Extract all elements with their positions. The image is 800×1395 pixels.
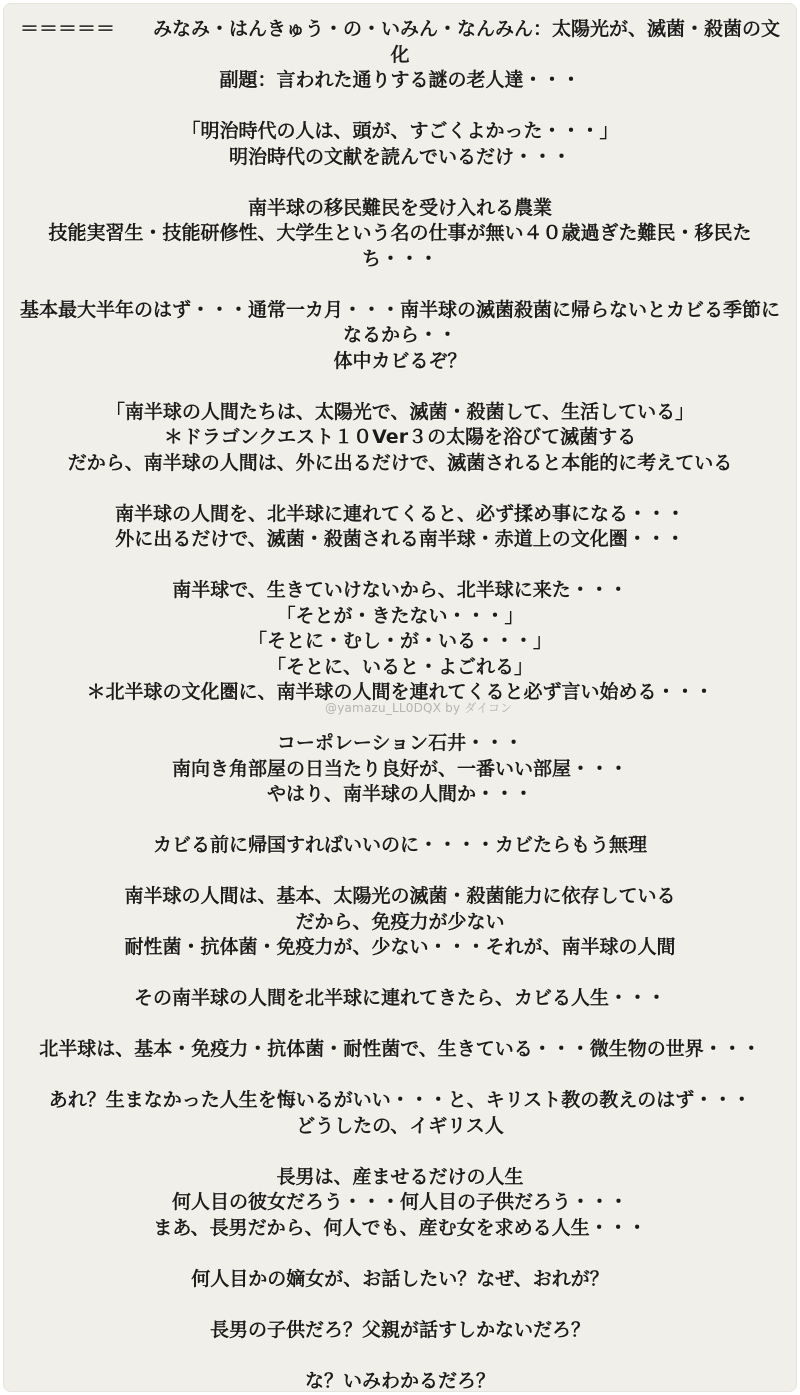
text-line: 「南半球の人間たちは、太陽光で、滅菌・殺菌して、生活している」: [4, 400, 796, 426]
text-line: まあ、長男だから、何人でも、産む女を求める人生・・・: [4, 1216, 796, 1242]
text-paragraph: 「南半球の人間たちは、太陽光で、滅菌・殺菌して、生活している」 ＊ドラゴンクエス…: [4, 400, 796, 477]
text-line: 南半球の人間を、北半球に連れてくると、必ず揉め事になる・・・: [4, 502, 796, 528]
text-line: 南半球の移民難民を受け入れる農業: [4, 196, 796, 222]
text-line: 基本最大半年のはず・・・通常一カ月・・・南半球の滅菌殺菌に帰らないとカビる季節に: [4, 298, 796, 324]
text-line: 何人目かの嫡女が、お話したい？なぜ、おれが？: [4, 1267, 796, 1293]
text-paragraph: その南半球の人間を北半球に連れてきたら、カビる人生・・・: [4, 986, 796, 1012]
text-line: あれ？生まなかった人生を悔いるがいい・・・と、キリスト教の教えのはず・・・: [4, 1088, 796, 1114]
text-line: 体中カビるぞ？: [4, 349, 796, 375]
text-paragraph: 基本最大半年のはず・・・通常一カ月・・・南半球の滅菌殺菌に帰らないとカビる季節に…: [4, 298, 796, 375]
text-line: 明治時代の文献を読んでいるだけ・・・: [4, 145, 796, 171]
text-line: 南半球の人間は、基本、太陽光の滅菌・殺菌能力に依存している: [4, 884, 796, 910]
text-line: 北半球は、基本・免疫力・抗体菌・耐性菌で、生きている・・・微生物の世界・・・: [4, 1037, 796, 1063]
text-line: なるから・・: [4, 323, 796, 349]
text-line: だから、免疫力が少ない: [4, 910, 796, 936]
text-line: 南半球で、生きていけないから、北半球に来た・・・: [4, 578, 796, 604]
text-line: 長男は、産ませるだけの人生: [4, 1165, 796, 1191]
text-paragraph: な？いみわかるだろ？: [4, 1369, 796, 1393]
text-line: どうしたの、イギリス人: [4, 1114, 796, 1140]
text-line: 南向き角部屋の日当たり良好が、一番いい部屋・・・: [4, 757, 796, 783]
text-paragraph: あれ？生まなかった人生を悔いるがいい・・・と、キリスト教の教えのはず・・・ どう…: [4, 1088, 796, 1139]
text-paragraph: ＝＝＝＝＝ みなみ・はんきゅう・の・いみん・なんみん：太陽光が、滅菌・殺菌の文 …: [4, 17, 796, 94]
text-line: その南半球の人間を北半球に連れてきたら、カビる人生・・・: [4, 986, 796, 1012]
text-line: ち・・・: [4, 247, 796, 273]
text-line: 「そとに・むし・が・いる・・・」: [4, 629, 796, 655]
text-line: 外に出るだけで、滅菌・殺菌される南半球・赤道上の文化圏・・・: [4, 527, 796, 553]
text-paragraph: 南半球の人間を、北半球に連れてくると、必ず揉め事になる・・・ 外に出るだけで、滅…: [4, 502, 796, 553]
text-paragraph: 長男の子供だろ？父親が話すしかないだろ？: [4, 1318, 796, 1344]
text-paragraph: 南半球の移民難民を受け入れる農業 技能実習生・技能研修性、大学生という名の仕事が…: [4, 196, 796, 273]
text-line: ＊ドラゴンクエスト１０Ver３の太陽を浴びて滅菌する: [4, 425, 796, 451]
text-line: 技能実習生・技能研修性、大学生という名の仕事が無い４０歳過ぎた難民・移民た: [4, 221, 796, 247]
text-paragraph: カビる前に帰国すればいいのに・・・・カビたらもう無理: [4, 833, 796, 859]
text-line: 化: [4, 43, 796, 69]
text-paragraph: 南半球で、生きていけないから、北半球に来た・・・ 「そとが・きたない・・・」 「…: [4, 578, 796, 706]
document-text: ＝＝＝＝＝ みなみ・はんきゅう・の・いみん・なんみん：太陽光が、滅菌・殺菌の文 …: [4, 4, 796, 1392]
text-line: 耐性菌・抗体菌・免疫力が、少ない・・・それが、南半球の人間: [4, 935, 796, 961]
text-line: 「そとに、いると・よごれる」: [4, 655, 796, 681]
text-paragraph: 長男は、産ませるだけの人生 何人目の彼女だろう・・・何人目の子供だろう・・・ ま…: [4, 1165, 796, 1242]
text-line: 何人目の彼女だろう・・・何人目の子供だろう・・・: [4, 1190, 796, 1216]
text-line: ＝＝＝＝＝ みなみ・はんきゅう・の・いみん・なんみん：太陽光が、滅菌・殺菌の文: [4, 17, 796, 43]
text-paragraph: コーポレーション石井・・・ 南向き角部屋の日当たり良好が、一番いい部屋・・・ や…: [4, 731, 796, 808]
watermark: @yamazu_LL0DQX by ダイコン: [325, 699, 512, 716]
text-paragraph: 何人目かの嫡女が、お話したい？なぜ、おれが？: [4, 1267, 796, 1293]
text-line: 「明治時代の人は、頭が、すごくよかった・・・」: [4, 119, 796, 145]
text-line: 「そとが・きたない・・・」: [4, 604, 796, 630]
document-page: ＝＝＝＝＝ みなみ・はんきゅう・の・いみん・なんみん：太陽光が、滅菌・殺菌の文 …: [3, 3, 797, 1392]
text-line: カビる前に帰国すればいいのに・・・・カビたらもう無理: [4, 833, 796, 859]
text-line: な？いみわかるだろ？: [4, 1369, 796, 1393]
text-line: 副題：言われた通りする謎の老人達・・・: [4, 68, 796, 94]
text-line: やはり、南半球の人間か・・・: [4, 782, 796, 808]
text-paragraph: 南半球の人間は、基本、太陽光の滅菌・殺菌能力に依存している だから、免疫力が少な…: [4, 884, 796, 961]
text-paragraph: 北半球は、基本・免疫力・抗体菌・耐性菌で、生きている・・・微生物の世界・・・: [4, 1037, 796, 1063]
text-line: だから、南半球の人間は、外に出るだけで、滅菌されると本能的に考えている: [4, 451, 796, 477]
text-paragraph: 「明治時代の人は、頭が、すごくよかった・・・」 明治時代の文献を読んでいるだけ・…: [4, 119, 796, 170]
text-line: 長男の子供だろ？父親が話すしかないだろ？: [4, 1318, 796, 1344]
text-line: コーポレーション石井・・・: [4, 731, 796, 757]
